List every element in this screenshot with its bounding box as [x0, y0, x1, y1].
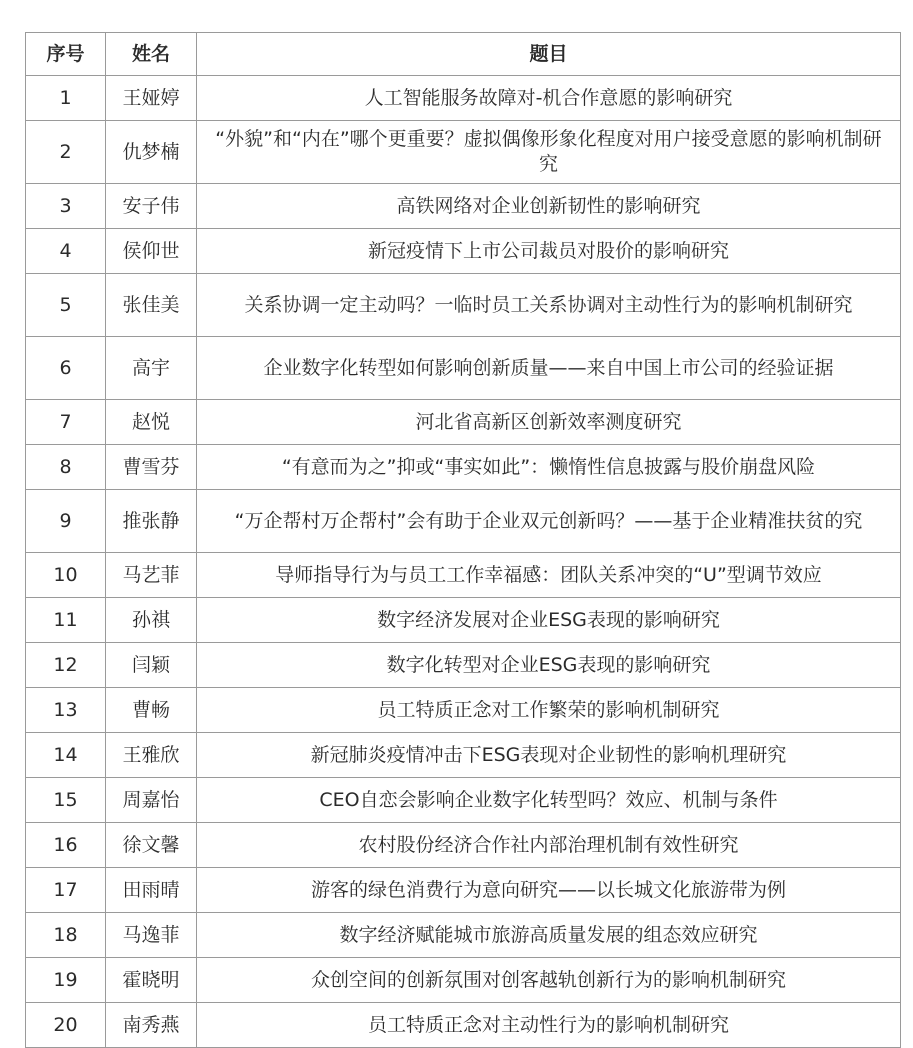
header-row: 序号 姓名 题目	[26, 33, 901, 76]
row-name: 霍晓明	[106, 958, 197, 1003]
row-no: 18	[26, 913, 106, 958]
row-name: 南秀燕	[106, 1003, 197, 1048]
row-title: 众创空间的创新氛围对创客越轨创新行为的影响机制研究	[197, 958, 901, 1003]
table-row: 17 田雨晴 游客的绿色消费行为意向研究——以长城文化旅游带为例	[26, 868, 901, 913]
row-no: 3	[26, 184, 106, 229]
row-no: 16	[26, 823, 106, 868]
row-no: 8	[26, 445, 106, 490]
row-no: 7	[26, 400, 106, 445]
row-title: 员工特质正念对主动性行为的影响机制研究	[197, 1003, 901, 1048]
row-name: 侯仰世	[106, 229, 197, 274]
topics-table: 序号 姓名 题目 1 王娅婷 人工智能服务故障对-机合作意愿的影响研究 2 仇梦…	[25, 32, 901, 1048]
row-title: “万企帮村万企帮村”会有助于企业双元创新吗？——基于企业精准扶贫的究	[197, 490, 901, 553]
table-row: 16 徐文馨 农村股份经济合作社内部治理机制有效性研究	[26, 823, 901, 868]
row-name: 周嘉怡	[106, 778, 197, 823]
row-no: 15	[26, 778, 106, 823]
table-row: 2 仇梦楠 “外貌”和“内在”哪个更重要？虚拟偶像形象化程度对用户接受意愿的影响…	[26, 121, 901, 184]
row-title: 人工智能服务故障对-机合作意愿的影响研究	[197, 76, 901, 121]
row-title: 新冠肺炎疫情冲击下ESG表现对企业韧性的影响机理研究	[197, 733, 901, 778]
row-name: 安子伟	[106, 184, 197, 229]
row-title: 数字经济发展对企业ESG表现的影响研究	[197, 598, 901, 643]
row-name: 王娅婷	[106, 76, 197, 121]
row-no: 14	[26, 733, 106, 778]
row-no: 6	[26, 337, 106, 400]
row-name: 曹雪芬	[106, 445, 197, 490]
table-row: 1 王娅婷 人工智能服务故障对-机合作意愿的影响研究	[26, 76, 901, 121]
row-title: 企业数字化转型如何影响创新质量——来自中国上市公司的经验证据	[197, 337, 901, 400]
table-row: 3 安子伟 高铁网络对企业创新韧性的影响研究	[26, 184, 901, 229]
row-name: 曹畅	[106, 688, 197, 733]
table-row: 12 闫颖 数字化转型对企业ESG表现的影响研究	[26, 643, 901, 688]
row-name: 马逸菲	[106, 913, 197, 958]
table-row: 20 南秀燕 员工特质正念对主动性行为的影响机制研究	[26, 1003, 901, 1048]
row-no: 9	[26, 490, 106, 553]
header-title: 题目	[197, 33, 901, 76]
row-no: 12	[26, 643, 106, 688]
row-name: 高宇	[106, 337, 197, 400]
row-name: 仇梦楠	[106, 121, 197, 184]
row-name: 推张静	[106, 490, 197, 553]
row-title: 数字经济赋能城市旅游高质量发展的组态效应研究	[197, 913, 901, 958]
header-name: 姓名	[106, 33, 197, 76]
row-no: 2	[26, 121, 106, 184]
row-title: 高铁网络对企业创新韧性的影响研究	[197, 184, 901, 229]
header-no: 序号	[26, 33, 106, 76]
row-title: 游客的绿色消费行为意向研究——以长城文化旅游带为例	[197, 868, 901, 913]
table-row: 19 霍晓明 众创空间的创新氛围对创客越轨创新行为的影响机制研究	[26, 958, 901, 1003]
row-title: “外貌”和“内在”哪个更重要？虚拟偶像形象化程度对用户接受意愿的影响机制研究	[197, 121, 901, 184]
row-name: 闫颖	[106, 643, 197, 688]
row-title: CEO自恋会影响企业数字化转型吗？效应、机制与条件	[197, 778, 901, 823]
row-title: 河北省高新区创新效率测度研究	[197, 400, 901, 445]
row-no: 17	[26, 868, 106, 913]
row-no: 5	[26, 274, 106, 337]
row-title: 新冠疫情下上市公司裁员对股价的影响研究	[197, 229, 901, 274]
table-row: 14 王雅欣 新冠肺炎疫情冲击下ESG表现对企业韧性的影响机理研究	[26, 733, 901, 778]
table-row: 6 高宇 企业数字化转型如何影响创新质量——来自中国上市公司的经验证据	[26, 337, 901, 400]
table-row: 4 侯仰世 新冠疫情下上市公司裁员对股价的影响研究	[26, 229, 901, 274]
row-name: 徐文馨	[106, 823, 197, 868]
row-title: 数字化转型对企业ESG表现的影响研究	[197, 643, 901, 688]
table-row: 7 赵悦 河北省高新区创新效率测度研究	[26, 400, 901, 445]
row-name: 王雅欣	[106, 733, 197, 778]
row-title: 员工特质正念对工作繁荣的影响机制研究	[197, 688, 901, 733]
row-name: 张佳美	[106, 274, 197, 337]
table-row: 11 孙祺 数字经济发展对企业ESG表现的影响研究	[26, 598, 901, 643]
row-title: 关系协调一定主动吗？一临时员工关系协调对主动性行为的影响机制研究	[197, 274, 901, 337]
row-name: 田雨晴	[106, 868, 197, 913]
table-row: 9 推张静 “万企帮村万企帮村”会有助于企业双元创新吗？——基于企业精准扶贫的究	[26, 490, 901, 553]
row-no: 11	[26, 598, 106, 643]
table-row: 10 马艺菲 导师指导行为与员工工作幸福感：团队关系冲突的“U”型调节效应	[26, 553, 901, 598]
row-no: 10	[26, 553, 106, 598]
row-no: 1	[26, 76, 106, 121]
table-row: 18 马逸菲 数字经济赋能城市旅游高质量发展的组态效应研究	[26, 913, 901, 958]
row-title: “有意而为之”抑或“事实如此”：懒惰性信息披露与股价崩盘风险	[197, 445, 901, 490]
table-row: 15 周嘉怡 CEO自恋会影响企业数字化转型吗？效应、机制与条件	[26, 778, 901, 823]
row-no: 19	[26, 958, 106, 1003]
table-row: 8 曹雪芬 “有意而为之”抑或“事实如此”：懒惰性信息披露与股价崩盘风险	[26, 445, 901, 490]
row-no: 13	[26, 688, 106, 733]
row-name: 马艺菲	[106, 553, 197, 598]
row-no: 20	[26, 1003, 106, 1048]
row-title: 农村股份经济合作社内部治理机制有效性研究	[197, 823, 901, 868]
table-row: 13 曹畅 员工特质正念对工作繁荣的影响机制研究	[26, 688, 901, 733]
row-name: 赵悦	[106, 400, 197, 445]
row-name: 孙祺	[106, 598, 197, 643]
table-row: 5 张佳美 关系协调一定主动吗？一临时员工关系协调对主动性行为的影响机制研究	[26, 274, 901, 337]
row-no: 4	[26, 229, 106, 274]
row-title: 导师指导行为与员工工作幸福感：团队关系冲突的“U”型调节效应	[197, 553, 901, 598]
